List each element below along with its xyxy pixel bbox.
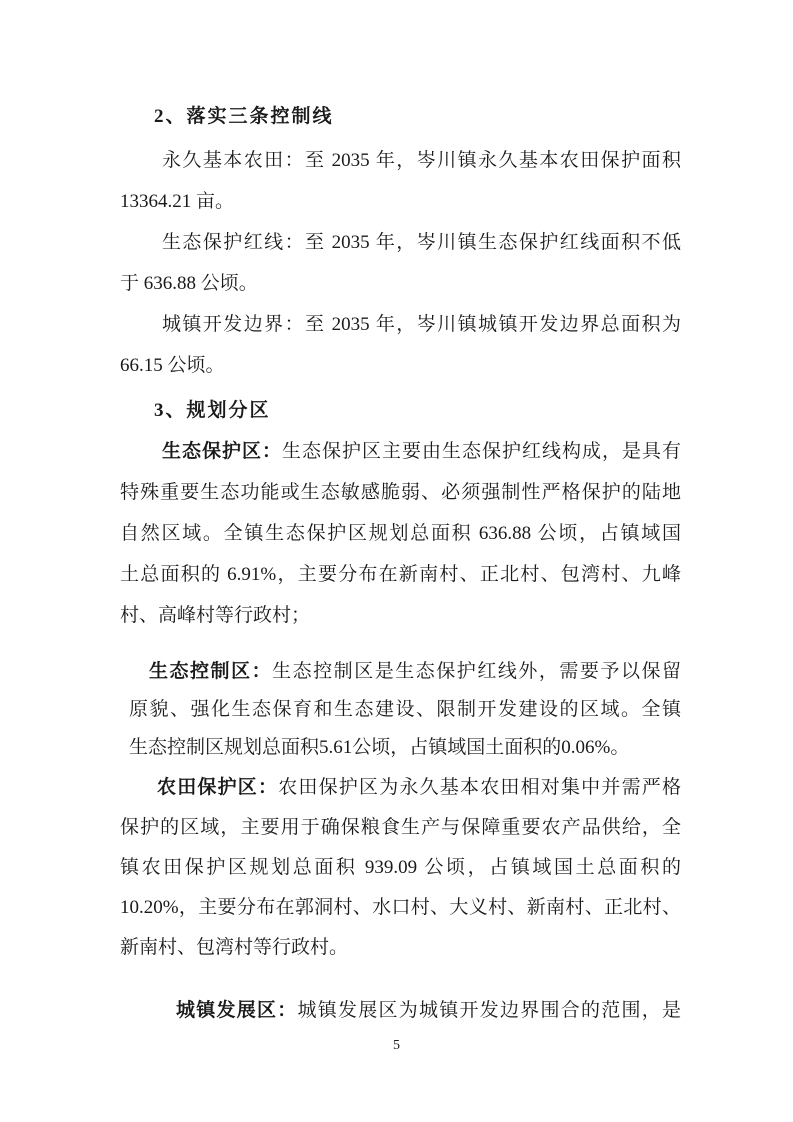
text-line: 土总面积的 6.91%，主要分布在新南村、正北村、包湾村、九峰	[120, 554, 681, 595]
text-segment: 永久基本农田：至 2035 年，岑川镇永久基本农田保护面积	[162, 150, 681, 171]
run-in-label: 生态控制区：	[149, 661, 272, 682]
text-line: 原貌、强化生态保育和生态建设、限制开发建设的区域。全镇	[129, 691, 681, 729]
text-line: 永久基本农田：至 2035 年，岑川镇永久基本农田保护面积	[120, 140, 681, 181]
text-line: 生态保护区：生态保护区主要由生态保护红线构成，是具有	[120, 431, 681, 472]
text-line: 3、规划分区	[120, 390, 681, 431]
text-segment: 村、高峰村等行政村；	[120, 605, 310, 626]
paragraph: 生态控制区：生态控制区是生态保护红线外，需要予以保留原貌、强化生态保育和生态建设…	[129, 653, 681, 767]
page-content: 2、落实三条控制线永久基本农田：至 2035 年，岑川镇永久基本农田保护面积13…	[120, 0, 681, 1031]
run-in-label: 农田保护区：	[157, 777, 278, 798]
text-segment: 生态控制区规划总面积5.61公顷，占镇域国土面积的0.06%。	[129, 737, 629, 758]
paragraph: 永久基本农田：至 2035 年，岑川镇永久基本农田保护面积13364.21 亩。	[120, 140, 681, 222]
text-line: 村、高峰村等行政村；	[120, 595, 681, 636]
text-segment: 13364.21 亩。	[120, 191, 234, 212]
text-segment: 保护的区域，主要用于确保粮食生产与保障重要农产品供给，全	[120, 817, 681, 838]
text-segment: 原貌、强化生态保育和生态建设、限制开发建设的区域。全镇	[129, 699, 681, 720]
text-segment: 农田保护区为永久基本农田相对集中并需严格	[278, 777, 681, 798]
text-line: 镇农田保护区规划总面积 939.09 公顷，占镇域国土总面积的	[120, 848, 681, 888]
text-line: 生态控制区：生态控制区是生态保护红线外，需要予以保留	[129, 653, 681, 691]
text-line: 城镇开发边界：至 2035 年，岑川镇城镇开发边界总面积为	[120, 304, 681, 345]
text-line: 自然区域。全镇生态保护区规划总面积 636.88 公顷，占镇域国	[120, 513, 681, 554]
text-line: 特殊重要生态功能或生态敏感脆弱、必须强制性严格保护的陆地	[120, 472, 681, 513]
page-number: 5	[0, 1036, 793, 1056]
run-in-label: 生态保护区：	[162, 441, 282, 462]
document-page: 2、落实三条控制线永久基本农田：至 2035 年，岑川镇永久基本农田保护面积13…	[0, 0, 793, 1122]
text-line: 66.15 公顷。	[120, 345, 681, 386]
text-segment: 10.20%，主要分布在郭洞村、水口村、大义村、新南村、正北村、	[120, 897, 681, 918]
text-segment: 镇农田保护区规划总面积 939.09 公顷，占镇域国土总面积的	[120, 857, 681, 878]
text-line: 城镇发展区：城镇发展区为城镇开发边界围合的范围，是	[120, 990, 681, 1031]
text-line: 10.20%，主要分布在郭洞村、水口村、大义村、新南村、正北村、	[120, 888, 681, 928]
text-segment: 城镇发展区为城镇开发边界围合的范围，是	[298, 1000, 681, 1021]
section-heading: 2、落实三条控制线	[120, 96, 681, 137]
paragraph: 生态保护区：生态保护区主要由生态保护红线构成，是具有特殊重要生态功能或生态敏感脆…	[120, 431, 681, 636]
text-line: 新南村、包湾村等行政村。	[120, 928, 681, 968]
text-line: 生态保护红线：至 2035 年，岑川镇生态保护红线面积不低	[120, 222, 681, 263]
text-line: 农田保护区：农田保护区为永久基本农田相对集中并需严格	[120, 768, 681, 808]
text-segment: 66.15 公顷。	[120, 355, 225, 376]
run-in-label: 3、规划分区	[154, 400, 271, 421]
text-segment: 生态保护红线：至 2035 年，岑川镇生态保护红线面积不低	[162, 232, 681, 253]
paragraph: 生态保护红线：至 2035 年，岑川镇生态保护红线面积不低于 636.88 公顷…	[120, 222, 681, 304]
text-segment: 于 636.88 公顷。	[120, 273, 258, 294]
paragraph: 城镇发展区：城镇发展区为城镇开发边界围合的范围，是	[120, 990, 681, 1031]
text-segment: 新南村、包湾村等行政村。	[120, 937, 348, 958]
text-segment: 生态控制区是生态保护红线外，需要予以保留	[272, 661, 681, 682]
text-line: 保护的区域，主要用于确保粮食生产与保障重要农产品供给，全	[120, 808, 681, 848]
text-segment: 城镇开发边界：至 2035 年，岑川镇城镇开发边界总面积为	[162, 314, 681, 335]
text-segment: 自然区域。全镇生态保护区规划总面积 636.88 公顷，占镇域国	[120, 523, 681, 544]
section-heading: 3、规划分区	[120, 390, 681, 431]
run-in-label: 城镇发展区：	[176, 1000, 298, 1021]
text-segment: 生态保护区主要由生态保护红线构成，是具有	[282, 441, 681, 462]
text-line: 生态控制区规划总面积5.61公顷，占镇域国土面积的0.06%。	[129, 729, 681, 767]
paragraph: 农田保护区：农田保护区为永久基本农田相对集中并需严格保护的区域，主要用于确保粮食…	[120, 768, 681, 968]
text-segment: 土总面积的 6.91%，主要分布在新南村、正北村、包湾村、九峰	[120, 564, 681, 585]
paragraph: 城镇开发边界：至 2035 年，岑川镇城镇开发边界总面积为66.15 公顷。	[120, 304, 681, 386]
run-in-label: 2、落实三条控制线	[154, 106, 334, 127]
text-segment: 特殊重要生态功能或生态敏感脆弱、必须强制性严格保护的陆地	[120, 482, 681, 503]
text-line: 于 636.88 公顷。	[120, 263, 681, 304]
text-line: 13364.21 亩。	[120, 181, 681, 222]
text-line: 2、落实三条控制线	[120, 96, 681, 137]
